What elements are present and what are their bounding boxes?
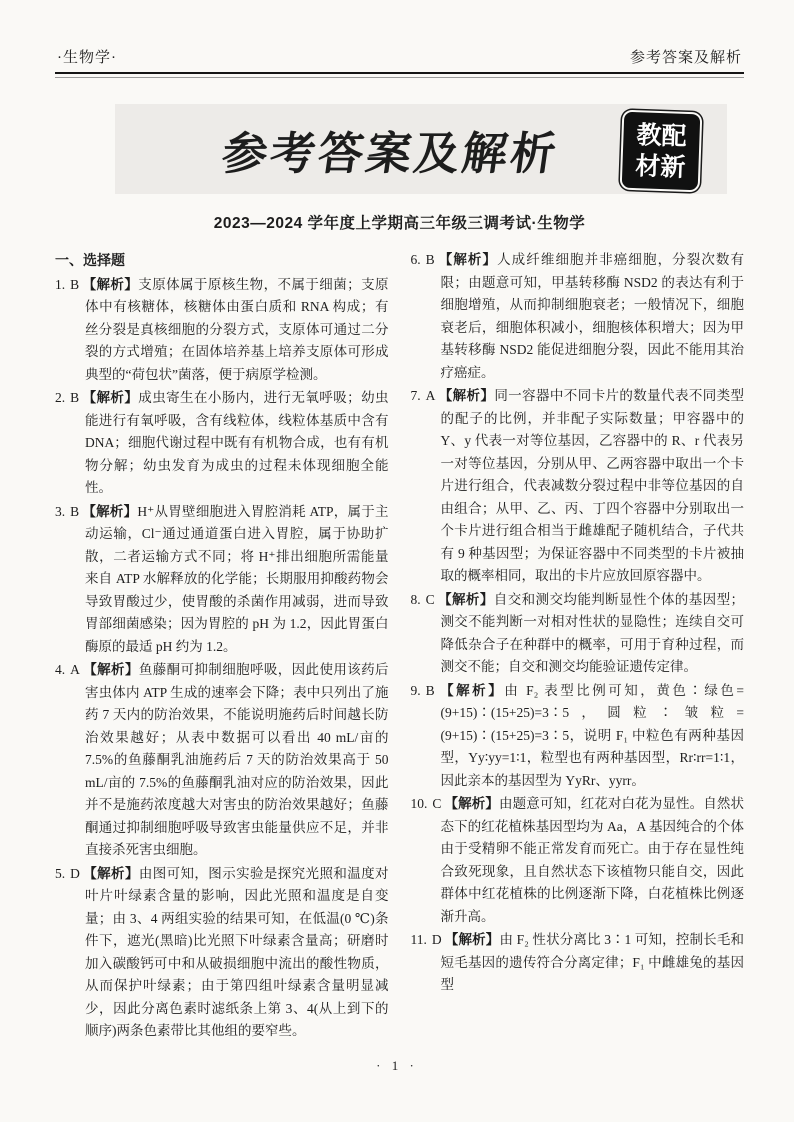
stamp-row-bottom: 材新 bbox=[625, 150, 696, 182]
item-answer: A bbox=[426, 388, 436, 403]
item-explanation: 人成纤维细胞并非癌细胞，分裂次数有限；由题意可知，甲基转移酶 NSD2 的表达有… bbox=[441, 252, 745, 380]
header-title: 参考答案及解析 bbox=[630, 46, 742, 67]
answer-item-6: 6.B【解析】人成纤维细胞并非癌细胞，分裂次数有限；由题意可知，甲基转移酶 NS… bbox=[411, 249, 745, 384]
item-number: 2. bbox=[55, 390, 65, 405]
right-column: 6.B【解析】人成纤维细胞并非癌细胞，分裂次数有限；由题意可知，甲基转移酶 NS… bbox=[411, 249, 745, 1044]
section-heading: 一、选择题 bbox=[55, 249, 389, 272]
item-explanation: 支原体属于原核生物，不属于细菌；支原体中有核糖体，核糖体由蛋白质和 RNA 构成… bbox=[85, 277, 389, 382]
item-answer: C bbox=[432, 796, 441, 811]
header-subject: ·生物学· bbox=[57, 46, 117, 67]
item-number: 10. bbox=[411, 796, 428, 811]
item-answer: B bbox=[426, 252, 435, 267]
item-answer: B bbox=[70, 277, 79, 292]
answer-item-7: 7.A【解析】同一容器中不同卡片的数量代表不同类型的配子的比例，并非配子实际数量… bbox=[411, 385, 745, 588]
analysis-label: 【解析】 bbox=[438, 252, 497, 267]
page-title: 参考答案及解析 bbox=[218, 117, 563, 182]
page-header: ·生物学· 参考答案及解析 bbox=[55, 46, 744, 72]
left-column: 一、选择题 1.B【解析】支原体属于原核生物，不属于细菌；支原体中有核糖体，核糖… bbox=[55, 249, 389, 1044]
answer-item-2: 2.B【解析】成虫寄生在小肠内，进行无氧呼吸；幼虫能进行有氧呼吸，含有线粒体，线… bbox=[55, 387, 389, 500]
analysis-label: 【解析】 bbox=[438, 388, 494, 403]
item-answer: D bbox=[70, 866, 80, 881]
analysis-label: 【解析】 bbox=[438, 683, 505, 698]
item-number: 8. bbox=[411, 592, 421, 607]
analysis-label: 【解析】 bbox=[445, 932, 500, 947]
answer-item-5: 5.D【解析】由图可知，图示实验是探究光照和温度对叶片叶绿素含量的影响，因此光照… bbox=[55, 863, 389, 1043]
item-number: 5. bbox=[55, 866, 65, 881]
item-number: 7. bbox=[411, 388, 421, 403]
item-number: 4. bbox=[55, 662, 65, 677]
item-answer: C bbox=[426, 592, 435, 607]
analysis-label: 【解析】 bbox=[444, 796, 499, 811]
answer-item-9: 9.B【解析】由 F₂ 表型比例可知，黄色∶绿色=(9+15)∶(15+25)=… bbox=[411, 680, 745, 793]
stamp-row-top: 教配 bbox=[626, 119, 697, 151]
answer-item-8: 8.C【解析】自交和测交均能判断显性个体的基因型；测交不能判断一对相对性状的显隐… bbox=[411, 589, 745, 679]
new-textbook-stamp: 教配 材新 bbox=[622, 112, 701, 191]
answer-item-4: 4.A【解析】鱼藤酮可抑制细胞呼吸，因此使用该药后害虫体内 ATP 生成的速率会… bbox=[55, 659, 389, 862]
header-rule bbox=[55, 72, 744, 78]
page-number: · 1 · bbox=[0, 1058, 794, 1074]
item-explanation: 成虫寄生在小肠内，进行无氧呼吸；幼虫能进行有氧呼吸，含有线粒体，线粒体基质中含有… bbox=[85, 390, 389, 495]
item-number: 1. bbox=[55, 277, 65, 292]
item-explanation: 鱼藤酮可抑制细胞呼吸，因此使用该药后害虫体内 ATP 生成的速率会下降；表中只列… bbox=[85, 662, 389, 857]
item-number: 3. bbox=[55, 504, 65, 519]
item-number: 6. bbox=[411, 252, 421, 267]
exam-subtitle: 2023—2024 学年度上学期高三年级三调考试·生物学 bbox=[55, 211, 744, 233]
item-answer: B bbox=[70, 504, 79, 519]
answer-item-11: 11.D【解析】由 F₂ 性状分离比 3∶1 可知，控制长毛和短毛基因的遗传符合… bbox=[411, 929, 745, 997]
analysis-label: 【解析】 bbox=[83, 662, 139, 677]
analysis-label: 【解析】 bbox=[82, 390, 138, 405]
item-explanation: 由 F₂ 表型比例可知，黄色∶绿色=(9+15)∶(15+25)=3∶5，圆粒∶… bbox=[441, 683, 745, 788]
item-explanation: 同一容器中不同卡片的数量代表不同类型的配子的比例，并非配子实际数量；甲容器中的 … bbox=[441, 388, 745, 583]
analysis-label: 【解析】 bbox=[82, 504, 137, 519]
answer-columns: 一、选择题 1.B【解析】支原体属于原核生物，不属于细菌；支原体中有核糖体，核糖… bbox=[55, 249, 744, 1044]
item-answer: B bbox=[70, 390, 79, 405]
item-answer: A bbox=[70, 662, 80, 677]
answer-item-1: 1.B【解析】支原体属于原核生物，不属于细菌；支原体中有核糖体，核糖体由蛋白质和… bbox=[55, 274, 389, 387]
analysis-label: 【解析】 bbox=[82, 277, 138, 292]
title-banner: 参考答案及解析 教配 材新 bbox=[115, 104, 727, 194]
analysis-label: 【解析】 bbox=[83, 866, 139, 881]
item-answer: D bbox=[432, 932, 442, 947]
item-explanation: 由题意可知，红花对白花为显性。自然状态下的红花植株基因型均为 Aa，A 基因纯合… bbox=[441, 796, 745, 924]
item-explanation: 由图可知，图示实验是探究光照和温度对叶片叶绿素含量的影响，因此光照和温度是自变量… bbox=[85, 866, 389, 1039]
item-number: 9. bbox=[411, 683, 421, 698]
answer-item-3: 3.B【解析】H⁺从胃壁细胞进入胃腔消耗 ATP，属于主动运输，Cl⁻通过通道蛋… bbox=[55, 501, 389, 659]
item-explanation: H⁺从胃壁细胞进入胃腔消耗 ATP，属于主动运输，Cl⁻通过通道蛋白进入胃腔，属… bbox=[85, 504, 389, 654]
analysis-label: 【解析】 bbox=[438, 592, 494, 607]
document-page: ·生物学· 参考答案及解析 参考答案及解析 教配 材新 2023—2024 学年… bbox=[0, 0, 794, 1122]
answer-item-10: 10.C【解析】由题意可知，红花对白花为显性。自然状态下的红花植株基因型均为 A… bbox=[411, 793, 745, 928]
item-answer: B bbox=[426, 683, 435, 698]
item-number: 11. bbox=[411, 932, 427, 947]
